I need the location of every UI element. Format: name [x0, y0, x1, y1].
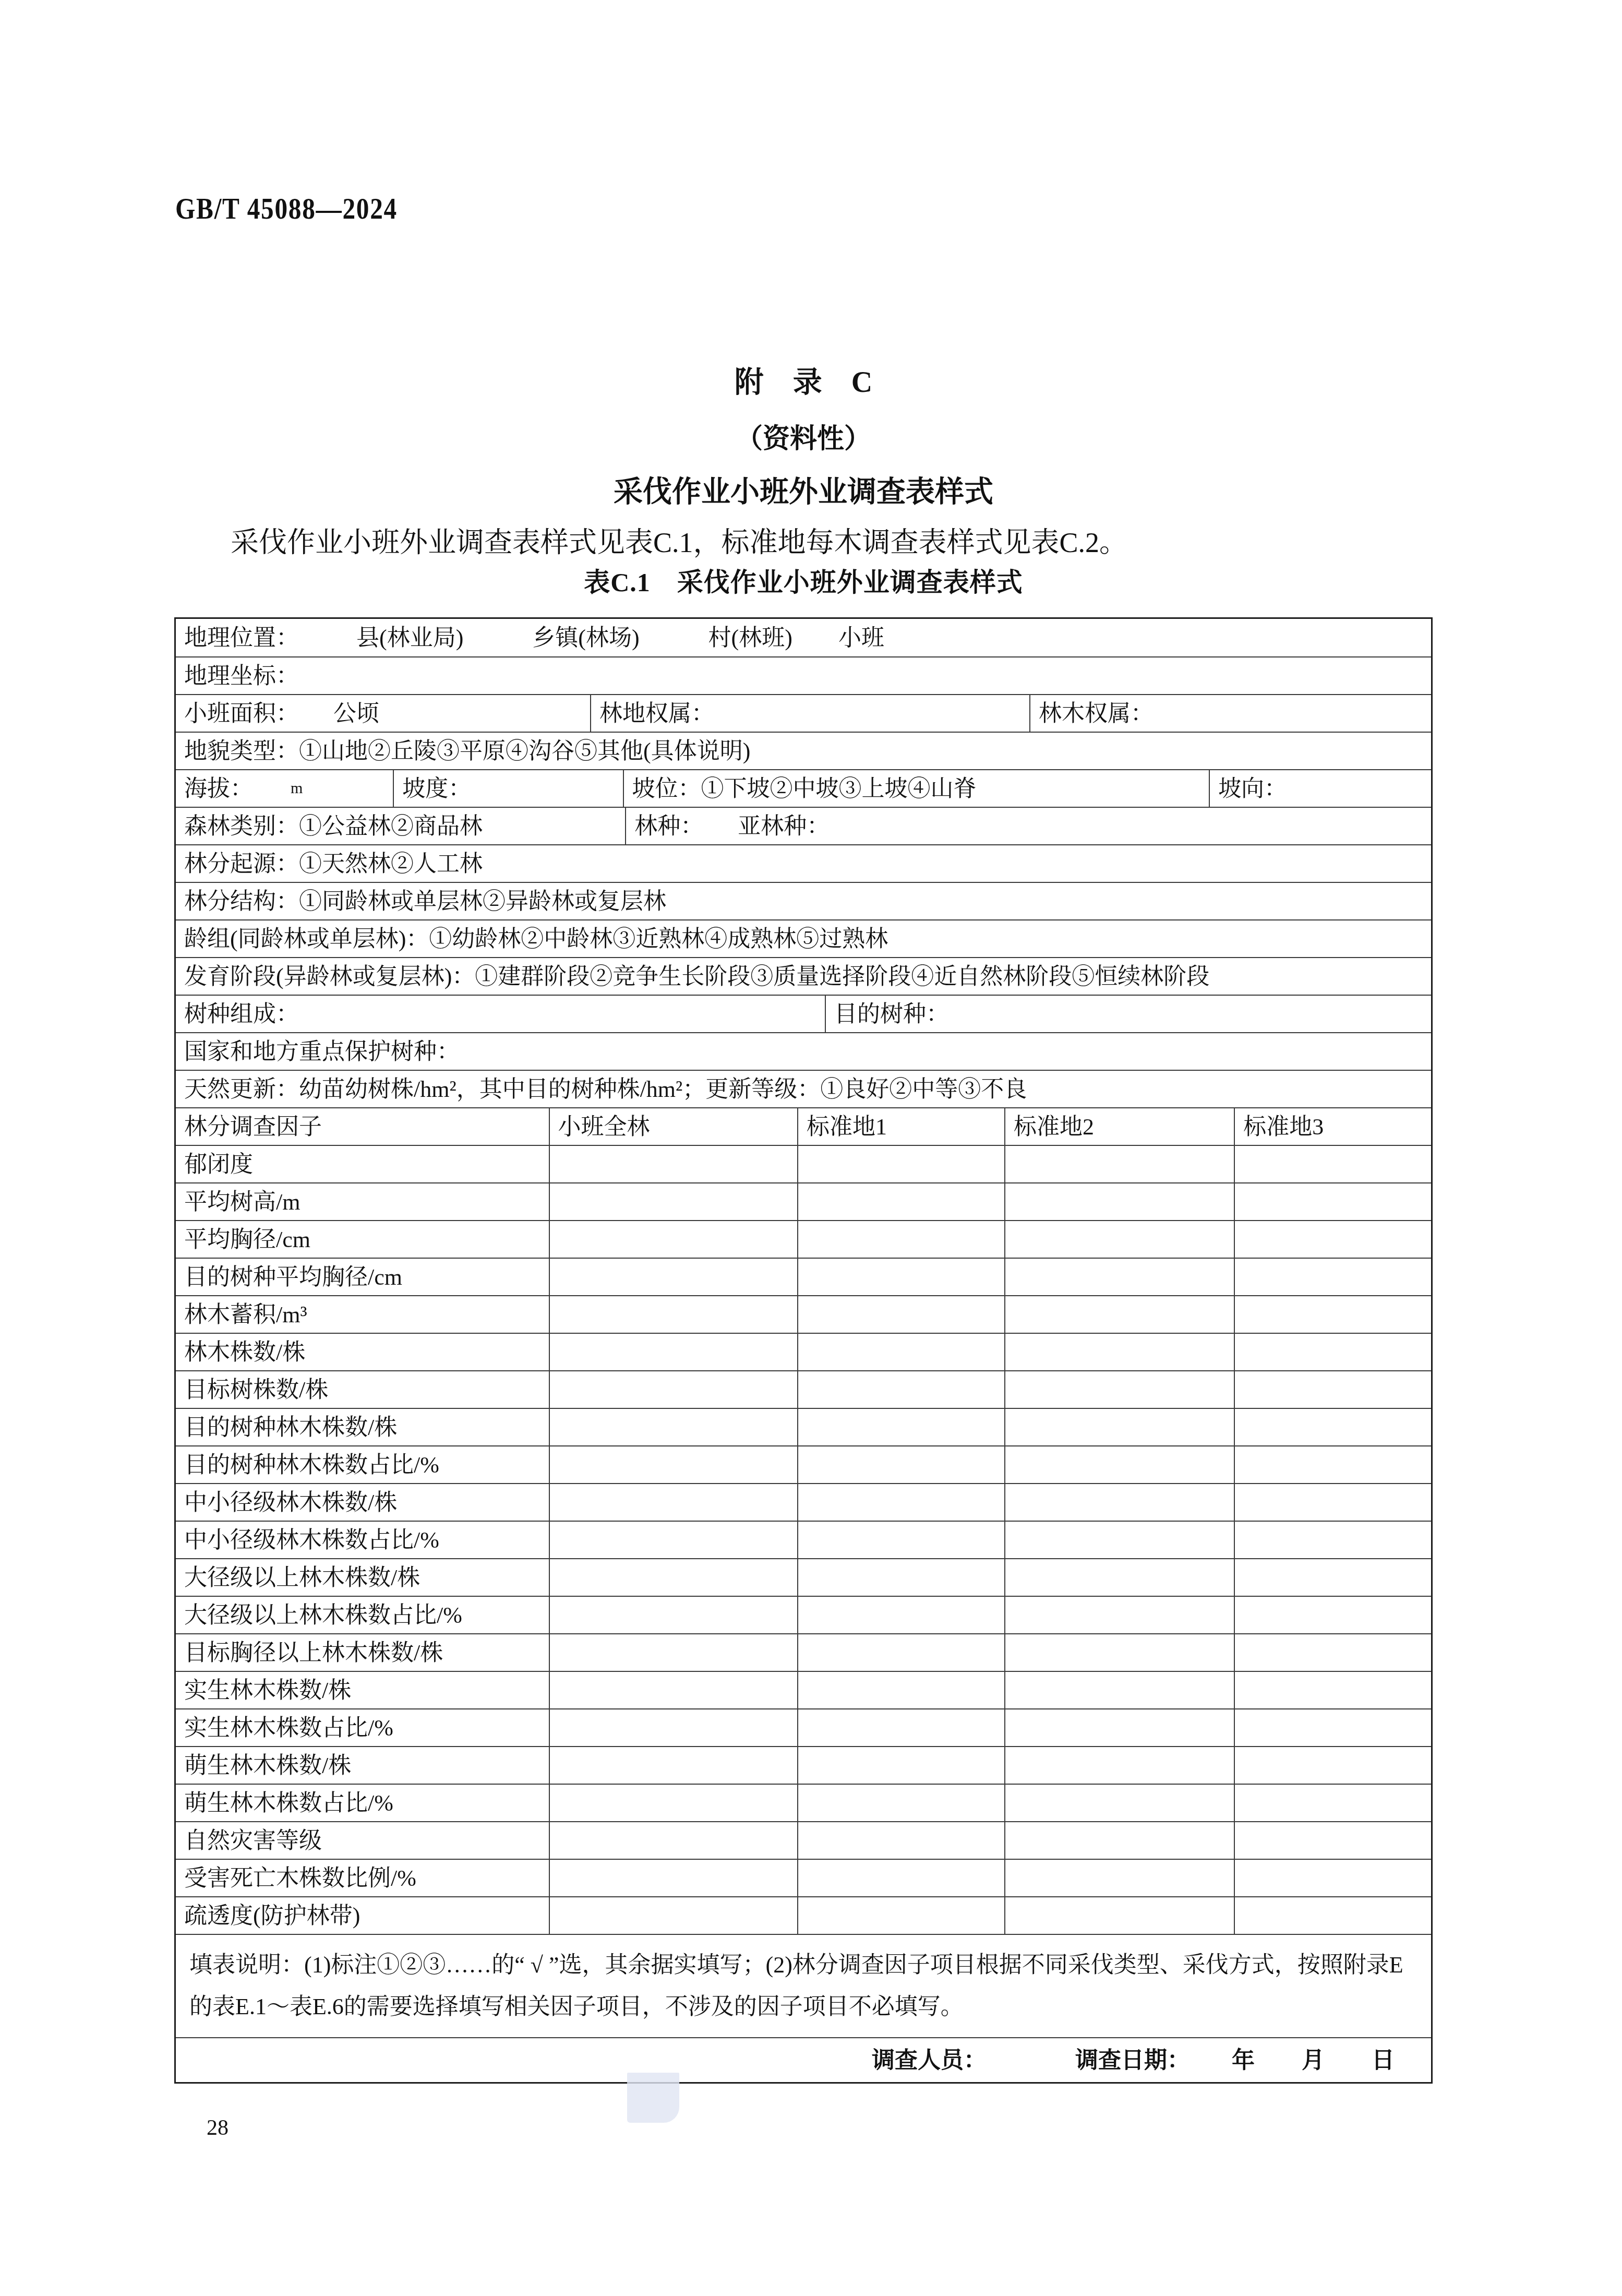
page-number: 28 [207, 2115, 229, 2140]
factor-label-cell: 实生林木株数占比/% [176, 1709, 549, 1746]
signature-row: 调查人员：调查日期：年月日 [176, 2037, 1431, 2082]
cell-text: 国家和地方重点保护树种： [184, 1037, 460, 1066]
appendix-heading: 附 录 C [174, 359, 1433, 401]
column-header-cell: 标准地3 [1234, 1108, 1431, 1145]
factor-value-cell [549, 1334, 797, 1370]
cell-text: 大径级以上林木株数/株 [184, 1563, 420, 1592]
factor-value-cell [549, 1597, 797, 1633]
table-cell: 龄组(同龄林或单层林)：①幼龄林②中龄林③近熟林④成熟林⑤过熟林 [176, 920, 1431, 957]
factor-value-cell [1004, 1785, 1234, 1821]
factor-value-cell [797, 1146, 1004, 1182]
table-cell: 林种： 亚林种： [625, 808, 1431, 844]
table-cell: 天然更新：幼苗幼树株/hm²，其中目的树种株/hm²；更新等级：①良好②中等③不… [176, 1071, 1431, 1107]
factor-value-cell [797, 1822, 1004, 1859]
factor-row: 实生林木株数占比/% [176, 1708, 1431, 1746]
factor-value-cell [1234, 1221, 1431, 1258]
cell-text: 目标胸径以上林木株数/株 [184, 1639, 443, 1667]
factor-value-cell [1234, 1484, 1431, 1521]
cell-text: 疏透度(防护林带) [184, 1902, 360, 1930]
cell-text: 大径级以上林木株数占比/% [184, 1601, 462, 1630]
table-row: 地理位置： 县(林业局) 乡镇(林场) 村(林班) 小班 [176, 619, 1431, 656]
table-cell: 林分结构：①同龄林或单层林②异龄林或复层林 [176, 883, 1431, 919]
cell-text: 目的树种： [834, 1000, 949, 1029]
factor-row: 平均树高/m [176, 1182, 1431, 1220]
surveyor-label: 调查人员： [872, 2046, 987, 2075]
factor-value-cell [1004, 1597, 1234, 1633]
factor-label-cell: 平均树高/m [176, 1183, 549, 1220]
page: { "page": { "doc_code": "GB/T 45088—2024… [0, 0, 1622, 2296]
table-row: 小班面积： 公顷林地权属：林木权属： [176, 694, 1431, 732]
factor-value-cell [797, 1296, 1004, 1333]
cell-text: 标准地1 [807, 1113, 887, 1141]
factor-value-cell [1004, 1559, 1234, 1596]
factor-row: 目的树种林木株数/株 [176, 1408, 1431, 1445]
cell-text: 地理位置： 县(林业局) 乡镇(林场) 村(林班) 小班 [184, 624, 884, 652]
factor-value-cell [797, 1634, 1004, 1671]
factor-row: 林木株数/株 [176, 1333, 1431, 1370]
table-cell: 目的树种： [825, 996, 1431, 1032]
column-header-cell: 标准地1 [797, 1108, 1004, 1145]
factor-value-cell [549, 1559, 797, 1596]
cell-text: 森林类别：①公益林②商品林 [184, 812, 483, 841]
table-cell: 地理坐标： [176, 657, 1431, 694]
factor-value-cell [549, 1822, 797, 1859]
cell-text: 目的树种林木株数占比/% [184, 1451, 439, 1479]
factor-value-cell [549, 1409, 797, 1445]
factor-row: 萌生林木株数占比/% [176, 1784, 1431, 1821]
cell-text: 林地权属： [599, 699, 714, 728]
cell-text: 实生林木株数占比/% [184, 1714, 393, 1742]
cell-text: 海拔： [184, 774, 287, 803]
factor-value-cell [1004, 1747, 1234, 1784]
factor-value-cell [549, 1221, 797, 1258]
factor-value-cell [1004, 1709, 1234, 1746]
table-cell: 森林类别：①公益林②商品林 [176, 808, 625, 844]
cell-text: 林种： 亚林种： [634, 812, 830, 841]
intro-paragraph: 采伐作业小班外业调查表样式见表C.1，标准地每木调查表样式见表C.2。 [174, 525, 1433, 560]
table-cell: 地理位置： 县(林业局) 乡镇(林场) 村(林班) 小班 [176, 619, 1431, 656]
cell-text: 林木权属： [1039, 699, 1154, 728]
factor-value-cell [1234, 1709, 1431, 1746]
factor-label-cell: 实生林木株数/株 [176, 1672, 549, 1708]
factor-value-cell [1004, 1334, 1234, 1370]
table-row: 天然更新：幼苗幼树株/hm²，其中目的树种株/hm²；更新等级：①良好②中等③不… [176, 1070, 1431, 1107]
factor-value-cell [549, 1484, 797, 1521]
table-caption: 表C.1 采伐作业小班外业调查表样式 [174, 561, 1433, 599]
table-row: 树种组成：目的树种： [176, 995, 1431, 1032]
cell-text: 中小径级林木株数占比/% [184, 1526, 439, 1554]
factor-label-cell: 目的树种平均胸径/cm [176, 1259, 549, 1295]
cell-text: 实生林木株数/株 [184, 1676, 351, 1705]
table-row: 森林类别：①公益林②商品林林种： 亚林种： [176, 807, 1431, 844]
factor-value-cell [549, 1897, 797, 1934]
factor-label-cell: 平均胸径/cm [176, 1221, 549, 1258]
factor-value-cell [1004, 1822, 1234, 1859]
factor-row: 目的树种平均胸径/cm [176, 1258, 1431, 1295]
factor-value-cell [797, 1334, 1004, 1370]
table-row: 海拔： m坡度：坡位：①下坡②中坡③上坡④山脊坡向： [176, 769, 1431, 807]
factor-value-cell [1234, 1860, 1431, 1896]
table-cell: 海拔： m [176, 770, 393, 807]
factor-value-cell [549, 1371, 797, 1408]
cell-text: 填表说明：(1)标注①②③……的“ √ ”选，其余据实填写；(2)林分调查因子项… [189, 1944, 1417, 2028]
table-row: 发育阶段(异龄林或复层林)：①建群阶段②竞争生长阶段③质量选择阶段④近自然林阶段… [176, 957, 1431, 995]
factor-row: 目标树株数/株 [176, 1370, 1431, 1408]
factor-label-cell: 大径级以上林木株数/株 [176, 1559, 549, 1596]
table-cell: 坡向： [1209, 770, 1431, 807]
cell-text: 平均树高/m [184, 1188, 300, 1216]
factor-value-cell [549, 1296, 797, 1333]
factor-row: 自然灾害等级 [176, 1821, 1431, 1859]
cell-text: 平均胸径/cm [184, 1225, 310, 1254]
factor-value-cell [1234, 1672, 1431, 1708]
factor-value-cell [797, 1221, 1004, 1258]
table-row: 林分结构：①同龄林或单层林②异龄林或复层林 [176, 882, 1431, 919]
date-year-label: 年 [1232, 2046, 1255, 2075]
factor-label-cell: 中小径级林木株数占比/% [176, 1522, 549, 1558]
factor-value-cell [797, 1446, 1004, 1483]
cell-text: 林分结构：①同龄林或单层林②异龄林或复层林 [184, 887, 666, 916]
factor-row: 林木蓄积/m³ [176, 1295, 1431, 1333]
cell-text: 萌生林木株数/株 [184, 1751, 351, 1780]
column-header-cell: 林分调查因子 [176, 1108, 549, 1145]
factor-value-cell [1004, 1672, 1234, 1708]
factor-value-cell [1004, 1634, 1234, 1671]
factor-value-cell [549, 1183, 797, 1220]
factor-value-cell [797, 1709, 1004, 1746]
table-row: 地理坐标： [176, 656, 1431, 694]
factor-row: 大径级以上林木株数/株 [176, 1558, 1431, 1596]
factor-value-cell [1234, 1146, 1431, 1182]
appendix-type-note: （资料性） [174, 416, 1433, 456]
factor-value-cell [797, 1860, 1004, 1896]
cell-text: 坡位：①下坡②中坡③上坡④山脊 [632, 774, 977, 803]
scan-artifact-watermark [627, 2073, 679, 2123]
factor-row: 目的树种林木株数占比/% [176, 1445, 1431, 1483]
factor-value-cell [797, 1559, 1004, 1596]
factor-value-cell [1234, 1296, 1431, 1333]
factor-value-cell [797, 1897, 1004, 1934]
factor-value-cell [549, 1785, 797, 1821]
factor-value-cell [1004, 1296, 1234, 1333]
table-cell: 发育阶段(异龄林或复层林)：①建群阶段②竞争生长阶段③质量选择阶段④近自然林阶段… [176, 958, 1431, 995]
factor-label-cell: 郁闭度 [176, 1146, 549, 1182]
factor-value-cell [1234, 1183, 1431, 1220]
factor-row: 实生林木株数/株 [176, 1671, 1431, 1708]
cell-text: 标准地2 [1014, 1113, 1094, 1141]
cell-text: 发育阶段(异龄林或复层林)：①建群阶段②竞争生长阶段③质量选择阶段④近自然林阶段… [184, 962, 1209, 991]
factor-label-cell: 目标树株数/株 [176, 1371, 549, 1408]
factor-value-cell [549, 1522, 797, 1558]
table-cell: 地貌类型：①山地②丘陵③平原④沟谷⑤其他(具体说明) [176, 733, 1431, 769]
cell-text: 目的树种林木株数/株 [184, 1413, 397, 1442]
factor-value-cell [1004, 1221, 1234, 1258]
factor-value-cell [1234, 1822, 1431, 1859]
cell-text: 坡向： [1218, 774, 1287, 803]
table-row: 龄组(同龄林或单层林)：①幼龄林②中龄林③近熟林④成熟林⑤过熟林 [176, 919, 1431, 957]
factor-value-cell [1234, 1371, 1431, 1408]
cell-text: 林木株数/株 [184, 1338, 305, 1367]
factor-value-cell [549, 1672, 797, 1708]
factor-label-cell: 林木蓄积/m³ [176, 1296, 549, 1333]
factor-row: 萌生林木株数/株 [176, 1746, 1431, 1784]
factor-label-cell: 受害死亡木株数比例/% [176, 1860, 549, 1896]
factor-label-cell: 目标胸径以上林木株数/株 [176, 1634, 549, 1671]
factor-label-cell: 大径级以上林木株数占比/% [176, 1597, 549, 1633]
factor-value-cell [1004, 1146, 1234, 1182]
survey-table: 地理位置： 县(林业局) 乡镇(林场) 村(林班) 小班地理坐标：小班面积： 公… [174, 617, 1433, 2084]
factor-value-cell [797, 1183, 1004, 1220]
cell-text: 目的树种平均胸径/cm [184, 1263, 402, 1291]
factor-row: 受害死亡木株数比例/% [176, 1859, 1431, 1896]
appendix-title: 采伐作业小班外业调查表样式 [174, 469, 1433, 510]
factor-label-cell: 中小径级林木株数/株 [176, 1484, 549, 1521]
factor-value-cell [1004, 1484, 1234, 1521]
note-cell: 填表说明：(1)标注①②③……的“ √ ”选，其余据实填写；(2)林分调查因子项… [176, 1935, 1431, 2037]
cell-text: 林木蓄积/m³ [184, 1300, 307, 1329]
factor-value-cell [797, 1484, 1004, 1521]
cell-text: 树种组成： [184, 1000, 299, 1029]
factor-label-cell: 目的树种林木株数占比/% [176, 1446, 549, 1483]
column-header-cell: 小班全林 [549, 1108, 797, 1145]
cell-text: 龄组(同龄林或单层林)：①幼龄林②中龄林③近熟林④成熟林⑤过熟林 [184, 925, 888, 953]
standard-code: GB/T 45088—2024 [175, 191, 398, 226]
factor-row: 疏透度(防护林带) [176, 1896, 1431, 1934]
cell-text: 坡度： [402, 774, 471, 803]
factor-value-cell [1234, 1597, 1431, 1633]
cell-text: 天然更新：幼苗幼树株/hm²，其中目的树种株/hm²；更新等级：①良好②中等③不… [184, 1075, 1027, 1104]
cell-text: 萌生林木株数占比/% [184, 1789, 393, 1817]
factor-value-cell [797, 1371, 1004, 1408]
factor-row: 目标胸径以上林木株数/株 [176, 1633, 1431, 1671]
table-row: 国家和地方重点保护树种： [176, 1032, 1431, 1070]
factor-value-cell [549, 1747, 797, 1784]
factor-value-cell [549, 1634, 797, 1671]
factor-value-cell [797, 1597, 1004, 1633]
factor-row: 平均胸径/cm [176, 1220, 1431, 1258]
factor-label-cell: 林木株数/株 [176, 1334, 549, 1370]
factor-value-cell [1234, 1559, 1431, 1596]
factor-value-cell [1004, 1183, 1234, 1220]
factor-label-cell: 目的树种林木株数/株 [176, 1409, 549, 1445]
factor-value-cell [1234, 1897, 1431, 1934]
table-cell: 林地权属： [590, 695, 1029, 732]
table-cell: 坡度： [393, 770, 622, 807]
factor-value-cell [1234, 1634, 1431, 1671]
cell-text: 林分调查因子 [184, 1113, 322, 1141]
survey-date-label: 调查日期： [1075, 2046, 1190, 2075]
table-cell: 林分起源：①天然林②人工林 [176, 845, 1431, 882]
cell-text: 自然灾害等级 [184, 1826, 322, 1855]
factor-value-cell [1004, 1446, 1234, 1483]
factor-value-cell [1004, 1860, 1234, 1896]
factor-value-cell [1234, 1747, 1431, 1784]
factor-header-row: 林分调查因子小班全林标准地1标准地2标准地3 [176, 1107, 1431, 1145]
factor-value-cell [1004, 1522, 1234, 1558]
date-day-label: 日 [1372, 2046, 1395, 2075]
factor-row: 郁闭度 [176, 1145, 1431, 1182]
cell-text: 郁闭度 [184, 1150, 253, 1179]
factor-value-cell [1234, 1259, 1431, 1295]
table-row: 地貌类型：①山地②丘陵③平原④沟谷⑤其他(具体说明) [176, 732, 1431, 769]
factor-row: 中小径级林木株数/株 [176, 1483, 1431, 1521]
table-cell: 国家和地方重点保护树种： [176, 1033, 1431, 1070]
factor-label-cell: 萌生林木株数占比/% [176, 1785, 549, 1821]
factor-value-cell [797, 1259, 1004, 1295]
column-header-cell: 标准地2 [1004, 1108, 1234, 1145]
factor-label-cell: 自然灾害等级 [176, 1822, 549, 1859]
cell-text: 标准地3 [1243, 1113, 1324, 1141]
factor-value-cell [1004, 1897, 1234, 1934]
factor-row: 中小径级林木株数占比/% [176, 1521, 1431, 1558]
factor-value-cell [1004, 1371, 1234, 1408]
cell-text: 地貌类型：①山地②丘陵③平原④沟谷⑤其他(具体说明) [184, 737, 750, 766]
cell-text: 地理坐标： [184, 662, 299, 690]
table-row: 林分起源：①天然林②人工林 [176, 844, 1431, 882]
factor-value-cell [1234, 1334, 1431, 1370]
factor-value-cell [549, 1146, 797, 1182]
factor-value-cell [1004, 1259, 1234, 1295]
table-cell: 林木权属： [1029, 695, 1431, 732]
note-row: 填表说明：(1)标注①②③……的“ √ ”选，其余据实填写；(2)林分调查因子项… [176, 1934, 1431, 2037]
factor-value-cell [1234, 1446, 1431, 1483]
unit-label: m [291, 779, 303, 798]
factor-value-cell [797, 1785, 1004, 1821]
cell-text: 中小径级林木株数/株 [184, 1488, 397, 1517]
factor-value-cell [797, 1672, 1004, 1708]
cell-text: 小班面积： 公顷 [184, 699, 379, 728]
date-month-label: 月 [1302, 2046, 1325, 2075]
table-cell: 坡位：①下坡②中坡③上坡④山脊 [623, 770, 1209, 807]
factor-value-cell [549, 1860, 797, 1896]
cell-text: 林分起源：①天然林②人工林 [184, 850, 483, 878]
factor-value-cell [549, 1446, 797, 1483]
cell-text: 受害死亡木株数比例/% [184, 1864, 416, 1893]
table-cell: 树种组成： [176, 996, 825, 1032]
factor-value-cell [549, 1709, 797, 1746]
table-cell: 小班面积： 公顷 [176, 695, 590, 732]
cell-text: 小班全林 [558, 1113, 650, 1141]
factor-value-cell [1234, 1522, 1431, 1558]
factor-label-cell: 萌生林木株数/株 [176, 1747, 549, 1784]
factor-value-cell [1234, 1409, 1431, 1445]
factor-value-cell [797, 1522, 1004, 1558]
factor-value-cell [797, 1747, 1004, 1784]
factor-row: 大径级以上林木株数占比/% [176, 1596, 1431, 1633]
factor-value-cell [797, 1409, 1004, 1445]
factor-label-cell: 疏透度(防护林带) [176, 1897, 549, 1934]
factor-value-cell [1004, 1409, 1234, 1445]
factor-value-cell [549, 1259, 797, 1295]
cell-text: 目标树株数/株 [184, 1376, 328, 1404]
factor-value-cell [1234, 1785, 1431, 1821]
signature-cell: 调查人员：调查日期：年月日 [176, 2038, 1431, 2082]
